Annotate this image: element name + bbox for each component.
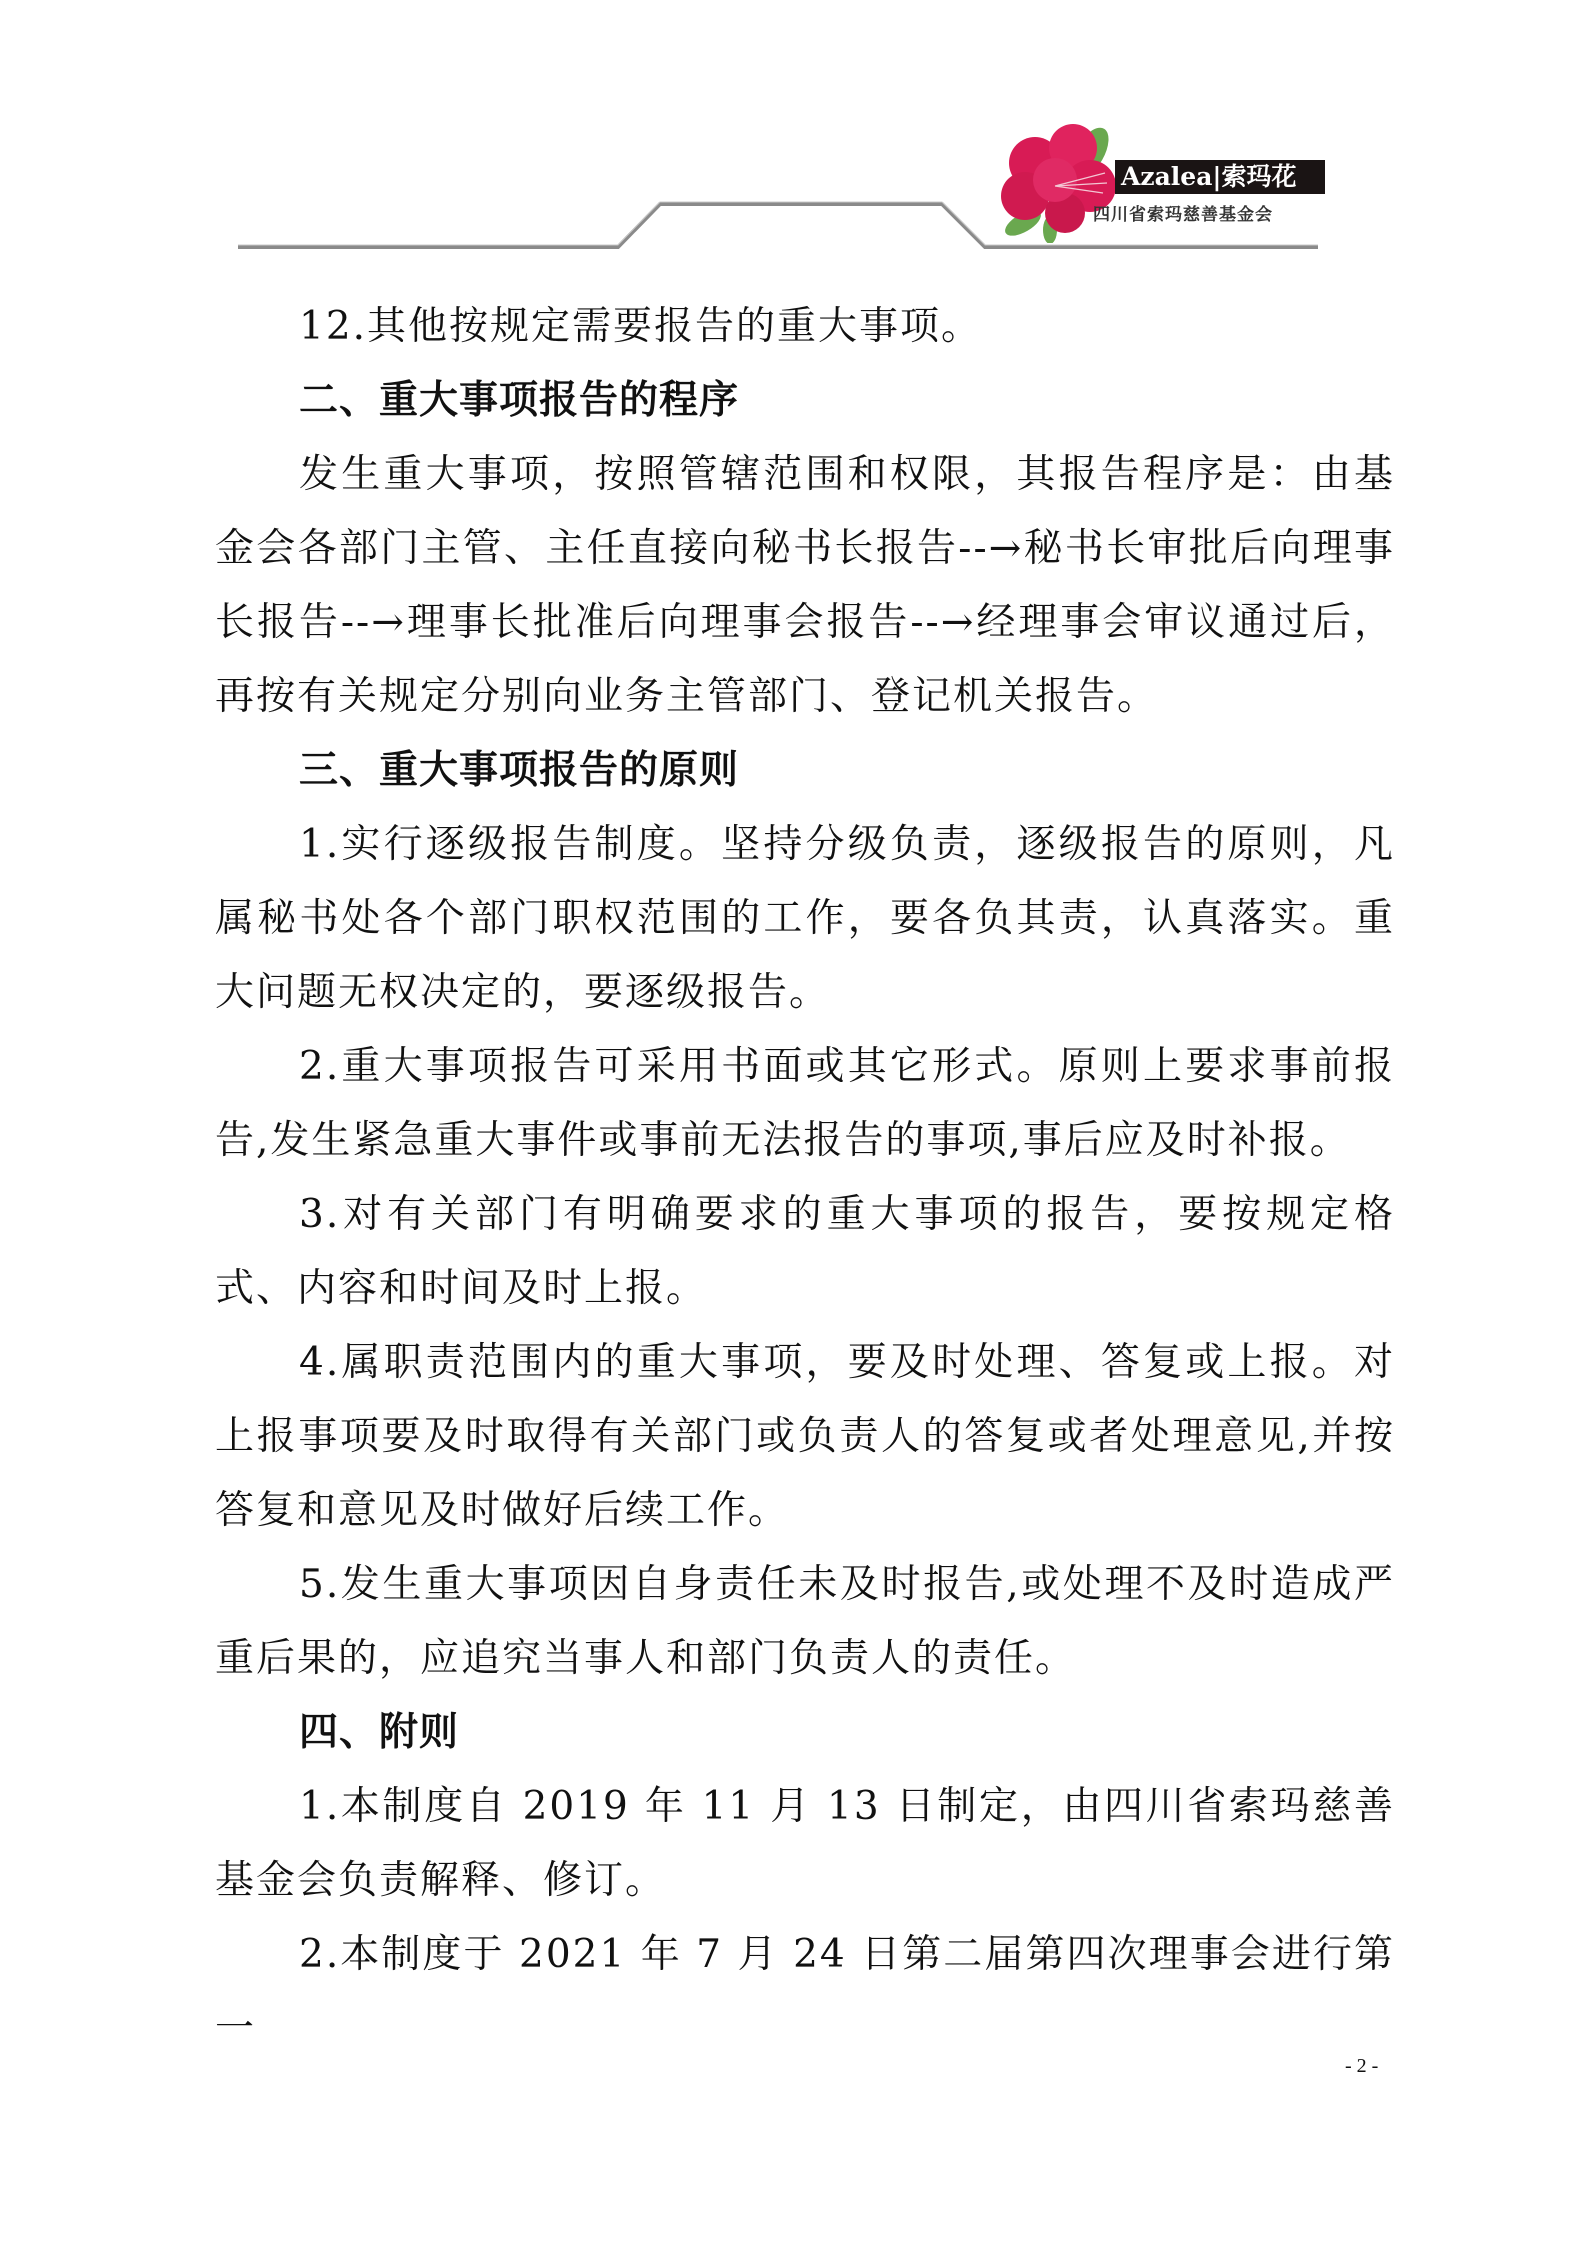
page-header: Azalea|索玛花 四川省索玛慈善基金会 <box>0 0 1587 260</box>
page-number: - 2 - <box>1345 2055 1378 2078</box>
logo-brand-cn: 索玛花 <box>1222 162 1297 191</box>
paragraph: 2.重大事项报告可采用书面或其它形式。原则上要求事前报告,发生紧急重大事件或事前… <box>215 1030 1395 1178</box>
document-body: 12.其他按规定需要报告的重大事项。 二、重大事项报告的程序 发生重大事项，按照… <box>215 290 1395 2066</box>
logo-brand-band: Azalea|索玛花 <box>1115 160 1325 194</box>
logo-subtitle: 四川省索玛慈善基金会 <box>1093 200 1273 225</box>
paragraph: 5.发生重大事项因自身责任未及时报告,或处理不及时造成严重后果的，应追究当事人和… <box>215 1548 1395 1696</box>
section-heading: 三、重大事项报告的原则 <box>215 734 1395 808</box>
paragraph: 发生重大事项，按照管辖范围和权限，其报告程序是：由基金会各部门主管、主任直接向秘… <box>215 438 1395 734</box>
paragraph: 1.本制度自 2019 年 11 月 13 日制定，由四川省索玛慈善基金会负责解… <box>215 1770 1395 1918</box>
logo-brand-en: Azalea <box>1121 162 1212 191</box>
paragraph: 2.本制度于 2021 年 7 月 24 日第二届第四次理事会进行第一 <box>215 1918 1395 2066</box>
section-heading: 二、重大事项报告的程序 <box>215 364 1395 438</box>
paragraph: 1.实行逐级报告制度。坚持分级负责，逐级报告的原则，凡属秘书处各个部门职权范围的… <box>215 808 1395 1030</box>
paragraph: 4.属职责范围内的重大事项，要及时处理、答复或上报。对上报事项要及时取得有关部门… <box>215 1326 1395 1548</box>
foundation-logo: Azalea|索玛花 四川省索玛慈善基金会 <box>995 118 1325 243</box>
paragraph: 12.其他按规定需要报告的重大事项。 <box>215 290 1395 364</box>
paragraph: 3.对有关部门有明确要求的重大事项的报告，要按规定格式、内容和时间及时上报。 <box>215 1178 1395 1326</box>
header-rule <box>0 0 1587 260</box>
section-heading: 四、附则 <box>215 1696 1395 1770</box>
